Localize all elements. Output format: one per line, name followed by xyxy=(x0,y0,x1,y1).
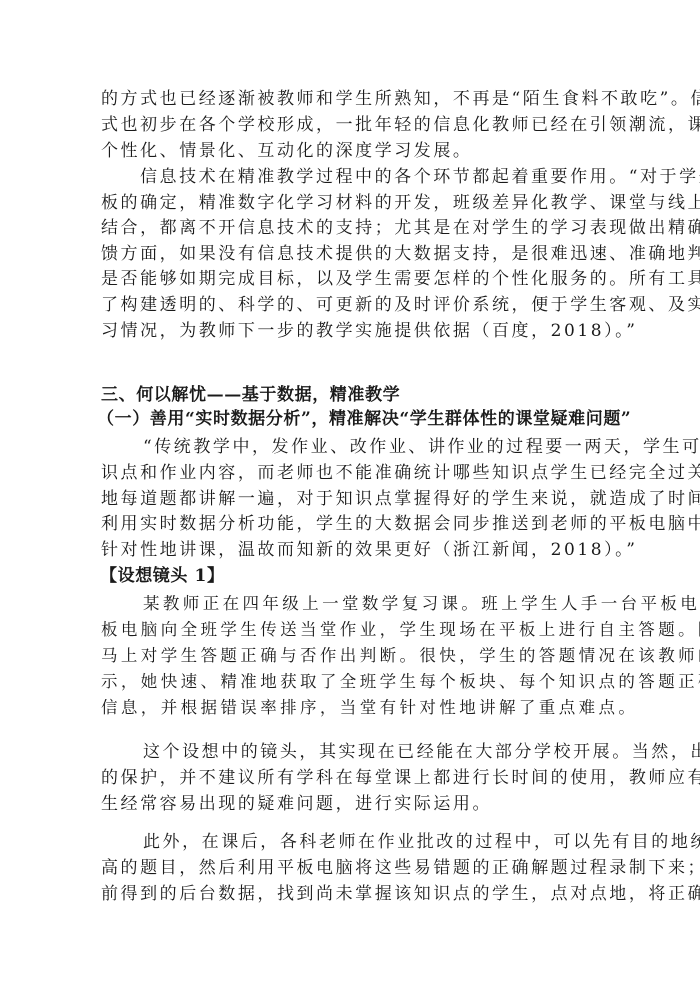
quote-text-line: 利用实时数据分析功能，学生的大数据会同步推送到老师的平板电脑中，老师可以有 xyxy=(101,513,613,535)
scenario-heading: 【设想镜头 1】 xyxy=(100,565,612,587)
body-text-line: 生经常容易出现的疑难问题，进行实际运用。 xyxy=(101,793,613,815)
scenario-text-line: 示，她快速、精准地获取了全班学生每个板块、每个知识点的答题正确率、错误率等 xyxy=(101,671,613,693)
body-text-line: 高的题目，然后利用平板电脑将这些易错题的正确解题过程录制下来；接着，根据之 xyxy=(101,857,613,879)
body-text-line: 结合，都离不开信息技术的支持；尤其是在对学生的学习表现做出精确判断并及时反 xyxy=(101,217,613,239)
body-text-line: 前得到的后台数据，找到尚未掌握该知识点的学生，点对点地，将正确解题视频发送 xyxy=(101,883,613,905)
body-text-line: 式也初步在各个学校形成，一批年轻的信息化教师已经在引领潮流，课堂教学逐渐向 xyxy=(101,114,613,136)
body-text-line: 个性化、情景化、互动化的深度学习发展。 xyxy=(101,140,613,162)
scenario-text-line: 马上对学生答题正确与否作出判断。很快，学生的答题情况在该教师的平板电脑上显 xyxy=(101,645,613,667)
body-text-line: 此外，在课后，各科老师在作业批改的过程中，可以先有目的地统计出错误率最 xyxy=(143,831,613,853)
body-text-line: 是否能够如期完成目标，以及学生需要怎样的个性化服务的。所有工具的使用都是为 xyxy=(101,268,613,290)
body-text-line: 信息技术在精准教学过程中的各个环节都起着重要作用。“对于学生知识技能短 xyxy=(140,166,613,188)
scenario-text-line: 信息，并根据错误率排序，当堂有针对性地讲解了重点难点。 xyxy=(101,697,613,719)
quote-text-line: 识点和作业内容，而老师也不能准确统计哪些知识点学生已经完全过关了，只能笼统 xyxy=(101,462,613,484)
body-text-line: 的方式也已经逐渐被教师和学生所熟知，不再是“陌生食料不敢吃”。信息化教学模 xyxy=(101,88,613,110)
quote-text-line: “传统教学中，发作业、改作业、讲作业的过程要一两天，学生可能已经忘了知 xyxy=(143,436,613,458)
body-text-line: 这个设想中的镜头，其实现在已经能在大部分学校开展。当然，出于对学生视力 xyxy=(143,741,613,763)
scenario-text-line: 板电脑向全班学生传送当堂作业，学生现场在平板上进行自主答题。随后，后台系统 xyxy=(101,619,613,641)
scenario-text-line: 某教师正在四年级上一堂数学复习课。班上学生人手一台平板电脑。教师利用平 xyxy=(143,593,613,615)
body-text-line: 的保护，并不建议所有学科在每堂课上都进行长时间的使用，教师应有目的地选择学 xyxy=(101,767,613,789)
subsection-heading: （一）善用“实时数据分析”，精准解决“学生群体性的课堂疑难问题” xyxy=(97,408,617,430)
document-page: 的方式也已经逐渐被教师和学生所熟知，不再是“陌生食料不敢吃”。信息化教学模 式也… xyxy=(0,0,700,989)
body-text-line: 馈方面，如果没有信息技术提供的大数据支持，是很难迅速、准确地判定当前的教学 xyxy=(101,243,613,265)
quote-text-line: 针对性地讲课，温故而知新的效果更好（浙江新闻，2018）。” xyxy=(101,539,613,561)
quote-text-line: 地每道题都讲解一遍，对于知识点掌握得好的学生来说，就造成了时间上的浪费。而 xyxy=(101,488,613,510)
body-text-line: 习情况，为教师下一步的教学实施提供依据（百度，2018）。” xyxy=(101,320,613,342)
body-text-line: 板的确定，精准数字化学习材料的开发，班级差异化教学、课堂与线上个性化教学的 xyxy=(101,192,613,214)
body-text-line: 了构建透明的、科学的、可更新的及时评价系统，便于学生客观、及实地了解自身学 xyxy=(101,294,613,316)
section-heading: 三、何以解忧——基于数据，精准教学 xyxy=(101,384,613,406)
